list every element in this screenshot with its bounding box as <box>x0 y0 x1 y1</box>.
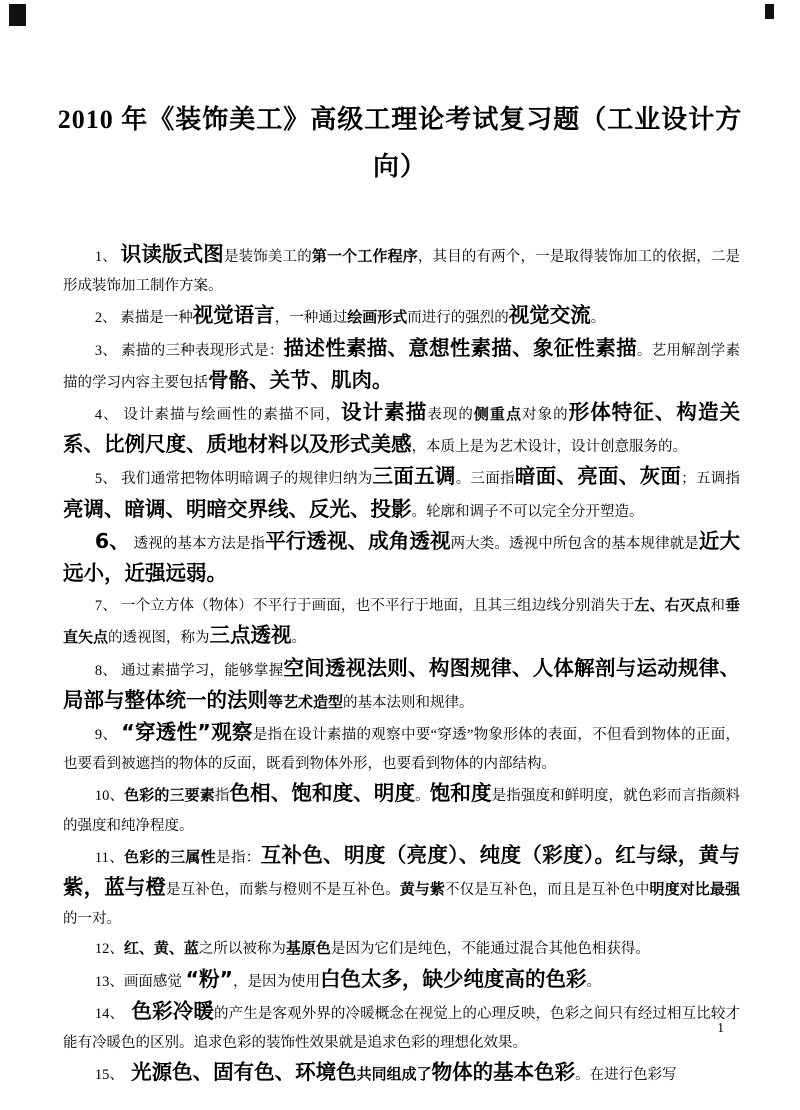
document-page: 2010 年《装饰美工》高级工理论考试复习题（工业设计方 向） 1、 识读版式图… <box>0 0 800 1110</box>
list-item: 10、色彩的三要素指色相、饱和度、明度。饱和度是指强度和鲜明度，就色彩而言指颜料… <box>63 779 740 840</box>
text-segment: 视觉交流 <box>509 303 591 327</box>
text-segment: 三面五调 <box>373 464 456 488</box>
text-segment: 视觉语言 <box>193 303 275 327</box>
text-segment: 对象的 <box>522 407 569 423</box>
text-segment: 。 <box>591 310 606 326</box>
text-segment: 共同组成了 <box>357 1065 432 1083</box>
text-segment: 8、 通过素描学习，能够掌握 <box>95 663 284 679</box>
page-title-line2: 向） <box>373 152 427 181</box>
list-item: 2、 素描是一种视觉语言，一种通过绘画形式而进行的强烈的视觉交流。 <box>63 301 740 333</box>
text-segment: 4、 设计素描与绘画性的素描不同， <box>95 407 341 423</box>
text-segment: 3、 素描的三种表现形式是： <box>95 343 284 359</box>
text-segment: 白色太多，缺少纯度高的色彩 <box>320 967 587 991</box>
text-segment: 识读版式图 <box>121 242 224 266</box>
list-item: 5、 我们通常把物体明暗调子的规律归纳为三面五调。三面指暗面、亮面、灰面；五调指… <box>63 462 740 526</box>
text-segment: 透视的基本方法是指 <box>130 536 265 552</box>
document-body: 1、 识读版式图是装饰美工的第一个工作程序，其目的有两个，一是取得装饰加工的依据… <box>63 240 740 1090</box>
list-item: 4、 设计素描与绘画性的素描不同，设计素描表现的侧重点对象的形体特征、构造关系、… <box>63 398 740 462</box>
page-number: 1 <box>717 1020 724 1036</box>
text-segment: 。 <box>292 630 307 646</box>
list-item: 13、画面感觉 “粉”，是因为使用白色太多，缺少纯度高的色彩。 <box>63 965 740 997</box>
text-segment: 。 <box>415 788 430 804</box>
text-segment: 的基本法则和规律。 <box>343 695 474 711</box>
text-segment: 而进行的强烈的 <box>407 310 509 326</box>
text-segment: 1、 <box>95 249 121 265</box>
text-segment: 色彩冷暖 <box>132 999 214 1023</box>
text-segment: 和 <box>710 598 725 614</box>
text-segment: 12、 <box>95 941 124 957</box>
text-segment: 9、 <box>95 727 121 743</box>
text-segment: 。 <box>586 974 601 990</box>
page-title: 2010 年《装饰美工》高级工理论考试复习题（工业设计方 向） <box>0 0 800 190</box>
list-item: 7、 一个立方体（物体）不平行于画面，也不平行于地面，且其三组边线分别消失于左、… <box>63 591 740 653</box>
scan-artifact-top-right <box>765 4 774 19</box>
text-segment: 色彩的三属性 <box>124 848 216 866</box>
text-segment: 是指： <box>216 850 261 866</box>
text-segment: ，一种通过 <box>275 310 348 326</box>
list-item: 12、红、黄、蓝之所以被称为基原色是因为它们是纯色，不能通过混合其他色相获得。 <box>63 934 740 964</box>
text-segment: 表现的 <box>427 407 474 423</box>
text-segment: ，本质上是为艺术设计，设计创意服务的。 <box>412 439 688 455</box>
list-item: 6、 透视的基本方法是指平行透视、成角透视两大类。透视中所包含的基本规律就是近大… <box>63 527 740 591</box>
text-segment: 两大类。透视中所包含的基本规律就是 <box>451 536 699 552</box>
text-segment: 明度对比最强 <box>649 880 740 898</box>
text-segment: 设计素描 <box>341 400 427 424</box>
text-segment: 红、黄、蓝 <box>124 939 199 957</box>
list-item: 8、 通过素描学习，能够掌握空间透视法则、构图规律、人体解剖与运动规律、局部与整… <box>63 654 740 718</box>
text-segment: 左、右灭点 <box>634 596 710 614</box>
text-segment: 6、 <box>95 529 130 553</box>
text-segment: 指 <box>215 788 230 804</box>
text-segment: 三点透视 <box>210 623 292 647</box>
text-segment: 绘画形式 <box>347 308 407 326</box>
text-segment: 不仅是互补色，而且是互补色中 <box>445 882 649 898</box>
text-segment: 第一个工作程序 <box>312 247 418 265</box>
text-segment: 描述性素描、意想性素描、象征性素描 <box>284 336 637 360</box>
text-segment: 的一对。 <box>63 911 121 927</box>
text-segment: 之所以被称为 <box>199 941 286 957</box>
text-segment: 。轮廓和调子不可以完全分开塑造。 <box>412 504 644 520</box>
list-item: 1、 识读版式图是装饰美工的第一个工作程序，其目的有两个，一是取得装饰加工的依据… <box>63 240 740 301</box>
text-segment: 是装饰美工的 <box>224 249 312 265</box>
text-segment: 侧重点 <box>474 405 522 423</box>
text-segment: 是因为它们是纯色，不能通过混合其他色相获得。 <box>331 941 650 957</box>
text-segment: 。在进行色彩写 <box>575 1067 677 1083</box>
list-item: 15、 光源色、固有色、环境色共同组成了物体的基本色彩。在进行色彩写 <box>63 1058 740 1090</box>
text-segment: 15、 <box>95 1067 131 1083</box>
list-item: 9、 “穿透性”观察是指在设计素描的观察中要“穿透”物象形体的表面，不但看到物体… <box>63 718 740 779</box>
list-item: 11、色彩的三属性是指：互补色、明度（亮度）、纯度（彩度）。红与绿，黄与紫，蓝与… <box>63 841 740 935</box>
page-title-line1: 2010 年《装饰美工》高级工理论考试复习题（工业设计方 <box>58 105 743 134</box>
text-segment: 色相、饱和度、明度 <box>230 781 416 805</box>
text-segment: 5、 我们通常把物体明暗调子的规律归纳为 <box>95 471 373 487</box>
text-segment: 是互补色，而紫与橙则不是互补色。 <box>166 882 400 898</box>
text-segment: 暗面、亮面、灰面 <box>515 464 681 488</box>
text-segment: “穿透性”观察 <box>121 720 253 744</box>
text-segment: 骨骼、关节、肌肉。 <box>208 368 393 392</box>
text-segment: 14、 <box>95 1006 132 1022</box>
text-segment: 平行透视、成角透视 <box>265 529 450 553</box>
text-segment: ；五调指 <box>681 471 740 487</box>
text-segment: 基原色 <box>286 939 331 957</box>
list-item: 3、 素描的三种表现形式是：描述性素描、意想性素描、象征性素描。艺用解剖学素描的… <box>63 334 740 398</box>
text-segment: 10、 <box>95 788 124 804</box>
text-segment: 黄与紫 <box>400 880 445 898</box>
text-segment: 等艺术造型 <box>268 693 343 711</box>
text-segment: ，是因为使用 <box>233 974 320 990</box>
text-segment: 。三面指 <box>456 471 515 487</box>
text-segment: 13、画面感觉 <box>95 974 186 990</box>
text-segment: 光源色、固有色、环境色 <box>131 1060 357 1084</box>
list-item: 14、 色彩冷暖的产生是客观外界的冷暖概念在视觉上的心理反映，色彩之间只有经过相… <box>63 997 740 1058</box>
text-segment: 的透视图，称为 <box>108 630 210 646</box>
text-segment: 饱和度 <box>430 781 492 805</box>
text-segment: 色彩的三要素 <box>124 786 215 804</box>
text-segment: 7、 一个立方体（物体）不平行于画面，也不平行于地面，且其三组边线分别消失于 <box>95 598 635 614</box>
scan-artifact-top-left <box>9 4 26 26</box>
text-segment: 11、 <box>95 850 124 866</box>
text-segment: “粉” <box>186 967 233 991</box>
text-segment: 2、 素描是一种 <box>95 310 193 326</box>
text-segment: 物体的基本色彩 <box>432 1060 576 1084</box>
text-segment: 亮调、暗调、明暗交界线、反光、投影 <box>63 497 412 521</box>
